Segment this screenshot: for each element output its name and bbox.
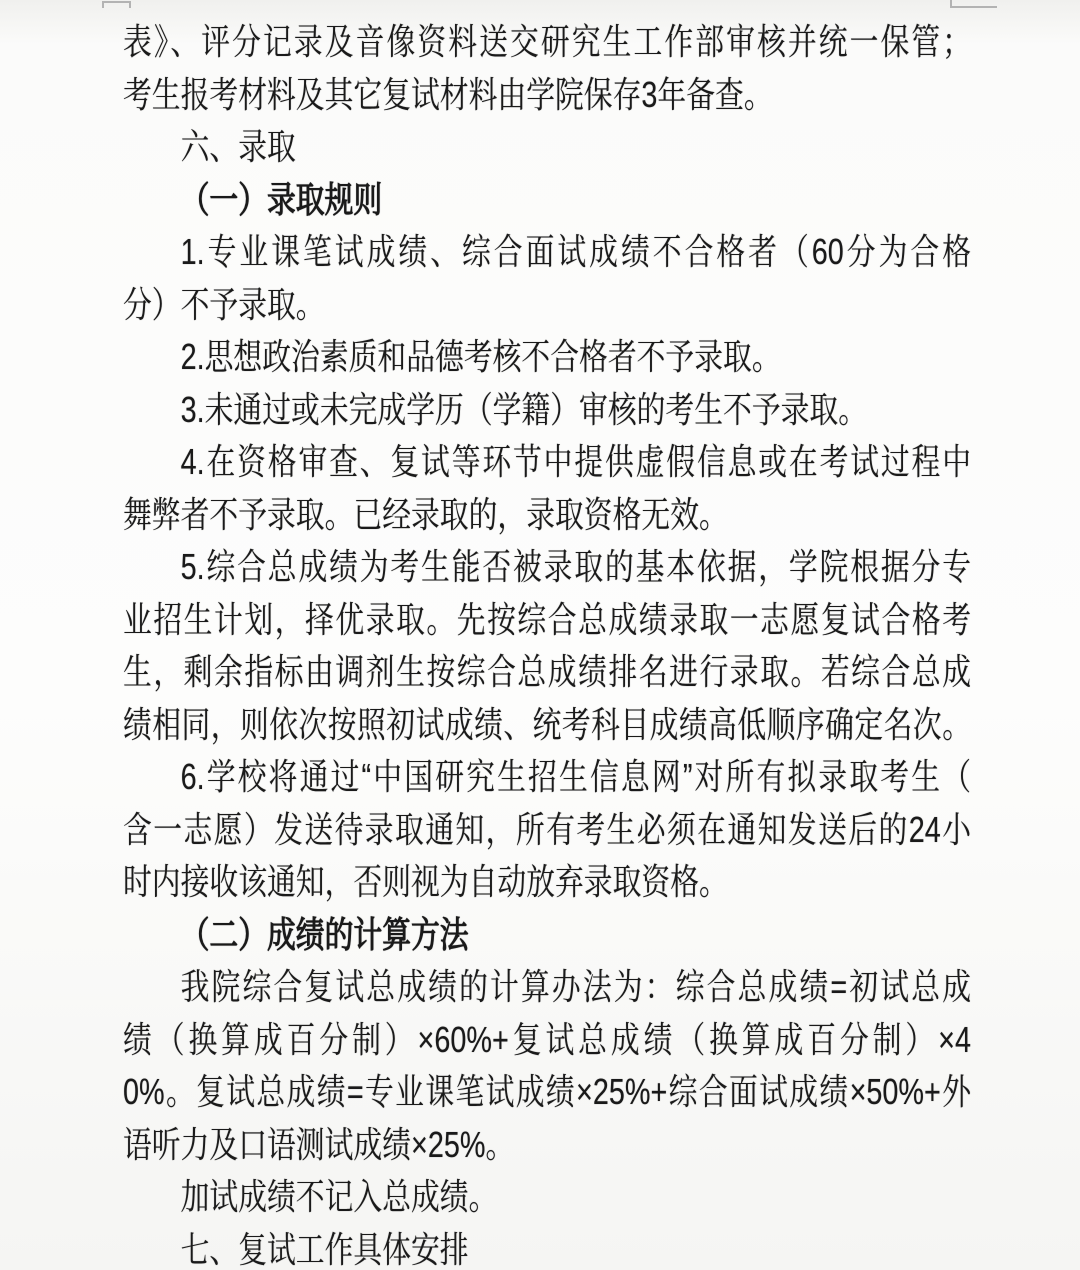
- text-line: 2.思想政治素质和品德考核不合格者不予录取。: [123, 331, 971, 384]
- text-line: 时内接收该通知，否则视为自动放弃录取资格。: [123, 856, 971, 909]
- text-line: 6.学校将通过“中国研究生招生信息网”对所有拟录取考生（: [123, 751, 971, 804]
- section-heading-line: 七、复试工作具体安排: [123, 1224, 971, 1270]
- text-line: 业招生计划，择优录取。先按综合总成绩录取一志愿复试合格考: [123, 594, 971, 647]
- text-line: 4.在资格审查、复试等环节中提供虚假信息或在考试过程中: [123, 436, 971, 489]
- text-line: 绩相同，则依次按照初试成绩、统考科目成绩高低顺序确定名次。: [123, 699, 971, 752]
- text-line: 绩（换算成百分制）×60%+复试总成绩（换算成百分制）×4: [123, 1014, 971, 1067]
- text-line: 3.未通过或未完成学历（学籍）审核的考生不予录取。: [123, 384, 971, 437]
- text-line: 表》、评分记录及音像资料送交研究生工作部审核并统一保管；: [123, 16, 971, 69]
- text-line: 加试成绩不记入总成绩。: [123, 1171, 971, 1224]
- text-line: 含一志愿）发送待录取通知，所有考生必须在通知发送后的24小: [123, 804, 971, 857]
- text-line: 生，剩余指标由调剂生按综合总成绩排名进行录取。若综合总成: [123, 646, 971, 699]
- text-line: 0%。复试总成绩=专业课笔试成绩×25%+综合面试成绩×50%+外: [123, 1066, 971, 1119]
- document-body: 表》、评分记录及音像资料送交研究生工作部审核并统一保管；考生报考材料及其它复试材…: [123, 16, 971, 1270]
- cropped-table-edge-right: [950, 0, 997, 8]
- sub-heading-line: （二）成绩的计算方法: [123, 909, 971, 962]
- section-heading-line: 六、录取: [123, 121, 971, 174]
- text-line: 分）不予录取。: [123, 279, 971, 332]
- text-line: 考生报考材料及其它复试材料由学院保存3年备查。: [123, 69, 971, 122]
- cropped-table-edge-left: [102, 1, 131, 8]
- sub-heading-line: （一）录取规则: [123, 174, 971, 227]
- text-line: 语听力及口语测试成绩×25%。: [123, 1119, 971, 1172]
- text-line: 1.专业课笔试成绩、综合面试成绩不合格者（60分为合格: [123, 226, 971, 279]
- document-page: 表》、评分记录及音像资料送交研究生工作部审核并统一保管；考生报考材料及其它复试材…: [0, 0, 1080, 1270]
- text-line: 我院综合复试总成绩的计算办法为：综合总成绩=初试总成: [123, 961, 971, 1014]
- text-line: 5.综合总成绩为考生能否被录取的基本依据，学院根据分专: [123, 541, 971, 594]
- text-line: 舞弊者不予录取。已经录取的，录取资格无效。: [123, 489, 971, 542]
